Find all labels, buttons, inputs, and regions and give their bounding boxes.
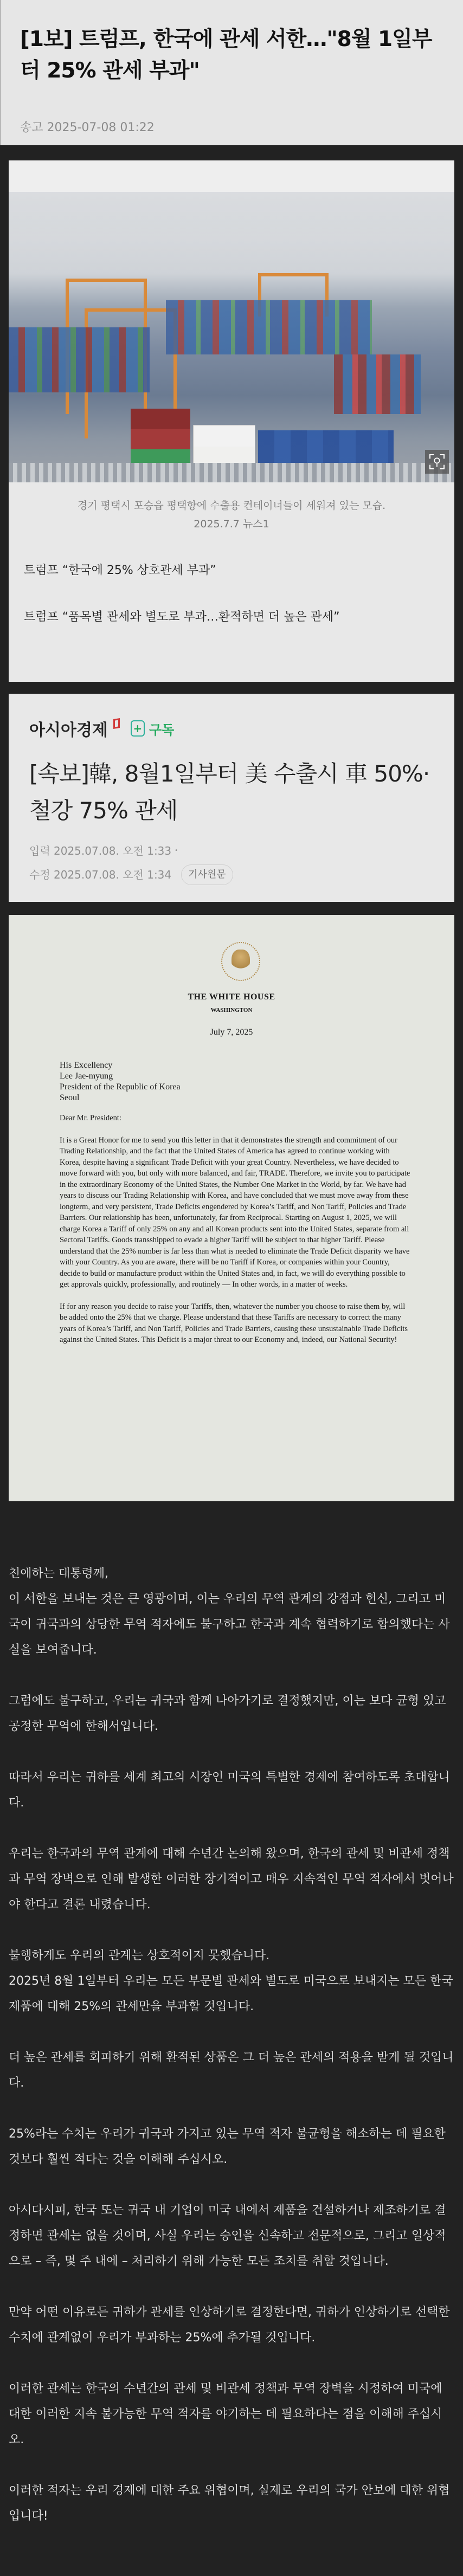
input-time: 입력 2025.07.08. 오전 1:33 [29, 839, 171, 863]
translation-paragraph: 25%라는 수치는 우리가 귀국과 가지고 있는 무역 적자 불균형을 해소하는… [9, 2121, 454, 2172]
letter-paragraph: It is a Great Honor for me to send you t… [60, 1135, 412, 1290]
translation-paragraph: 더 높은 관세를 회피하기 위해 환적된 상품은 그 더 높은 관세의 적용을 … [9, 2045, 454, 2096]
translation-paragraph: 이러한 적자는 우리 경제에 대한 주요 위협이며, 실제로 우리의 국가 안보… [9, 2478, 454, 2529]
translation-paragraph: 만약 어떤 이유로든 귀하가 관세를 인상하기로 결정한다면, 귀하가 인상하기… [9, 2300, 454, 2351]
letter-body: Dear Mr. President: It is a Great Honor … [60, 1113, 412, 1357]
translation-paragraph: 따라서 우리는 귀하를 세계 최고의 시장인 미국의 특별한 경제에 참여하도록… [9, 1765, 454, 1816]
letterhead-title: THE WHITE HOUSE [9, 992, 454, 1002]
clip-headline: [속보]韓, 8월1일부터 美 수출시 車 50%·철강 75% 관세 [29, 756, 434, 829]
translation-paragraph: 불행하게도 우리의 관계는 상호적이지 못했습니다. [9, 1943, 454, 1968]
letterhead-city: WASHINGTON [9, 1007, 454, 1013]
photo-card: ⚲ 경기 평택시 포승읍 평택항에 수출용 컨테이너들이 세워져 있는 모습. … [9, 160, 454, 682]
presidential-seal-icon [221, 942, 260, 981]
subscribe-button[interactable]: + 구독 [131, 719, 174, 738]
article-title: [1보] 트럼프, 한국에 관세 서한…"8월 1일부터 25% 관세 부과" [20, 24, 443, 87]
translation-paragraph: 우리는 한국과의 무역 관계에 대해 수년간 논의해 왔으며, 한국의 관세 및… [9, 1841, 454, 1918]
letter-salutation: Dear Mr. President: [60, 1113, 412, 1124]
plus-icon: + [131, 720, 145, 737]
article-header: [1보] 트럼프, 한국에 관세 서한…"8월 1일부터 25% 관세 부과" … [0, 0, 463, 145]
port-photo[interactable]: ⚲ [9, 192, 454, 482]
letter-paragraph: If for any reason you decide to raise yo… [60, 1301, 412, 1346]
original-article-button[interactable]: 기사원문 [181, 864, 233, 885]
magnifier-icon: ⚲ [433, 455, 441, 468]
translation-paragraph: 친애하는 대통령께, [9, 1561, 454, 1586]
summary-line: 트럼프 “한국에 25% 상호관세 부과” [24, 557, 439, 584]
translation-paragraph: 아시다시피, 한국 또는 귀국 내 기업이 미국 내에서 제품을 건설하거나 제… [9, 2198, 454, 2274]
image-zoom-button[interactable]: ⚲ [425, 450, 449, 474]
korean-translation: 친애하는 대통령께, 이 서한을 보내는 것은 큰 영광이며, 이는 우리의 무… [0, 1501, 463, 2576]
modified-time: 수정 2025.07.08. 오전 1:34 [29, 863, 171, 887]
translation-paragraph: 이 서한을 보내는 것은 큰 영광이며, 이는 우리의 무역 관계의 강점과 헌… [9, 1586, 454, 1663]
translation-paragraph: 이러한 관세는 한국의 수년간의 관세 및 비관세 정책과 무역 장벽을 시정하… [9, 2376, 454, 2452]
white-house-letter: THE WHITE HOUSE WASHINGTON July 7, 2025 … [9, 915, 454, 1501]
letter-date: July 7, 2025 [9, 1028, 454, 1037]
letter-address: His Excellency Lee Jae-myung President o… [60, 1060, 181, 1103]
photo-caption: 경기 평택시 포승읍 평택항에 수출용 컨테이너들이 세워져 있는 모습. 20… [9, 482, 454, 533]
news-clip-card: 아시아경제 + 구독 [속보]韓, 8월1일부터 美 수출시 車 50%·철강 … [9, 694, 454, 902]
summary-bullets: 트럼프 “한국에 25% 상호관세 부과” 트럼프 “품목별 관세와 별도로 부… [9, 557, 454, 631]
press-name[interactable]: 아시아경제 [29, 716, 108, 740]
translation-paragraph: 그럼에도 불구하고, 우리는 귀국과 함께 나아가기로 결정했지만, 이는 보다… [9, 1688, 454, 1739]
summary-line: 트럼프 “품목별 관세와 별도로 부과…환적하면 더 높은 관세” [24, 604, 439, 631]
publish-time: 송고 2025-07-08 01:22 [20, 118, 443, 135]
press-flag-icon [113, 718, 120, 729]
translation-paragraph: 2025년 8월 1일부터 우리는 모든 부문별 관세와 별도로 미국으로 보내… [9, 1968, 454, 2019]
